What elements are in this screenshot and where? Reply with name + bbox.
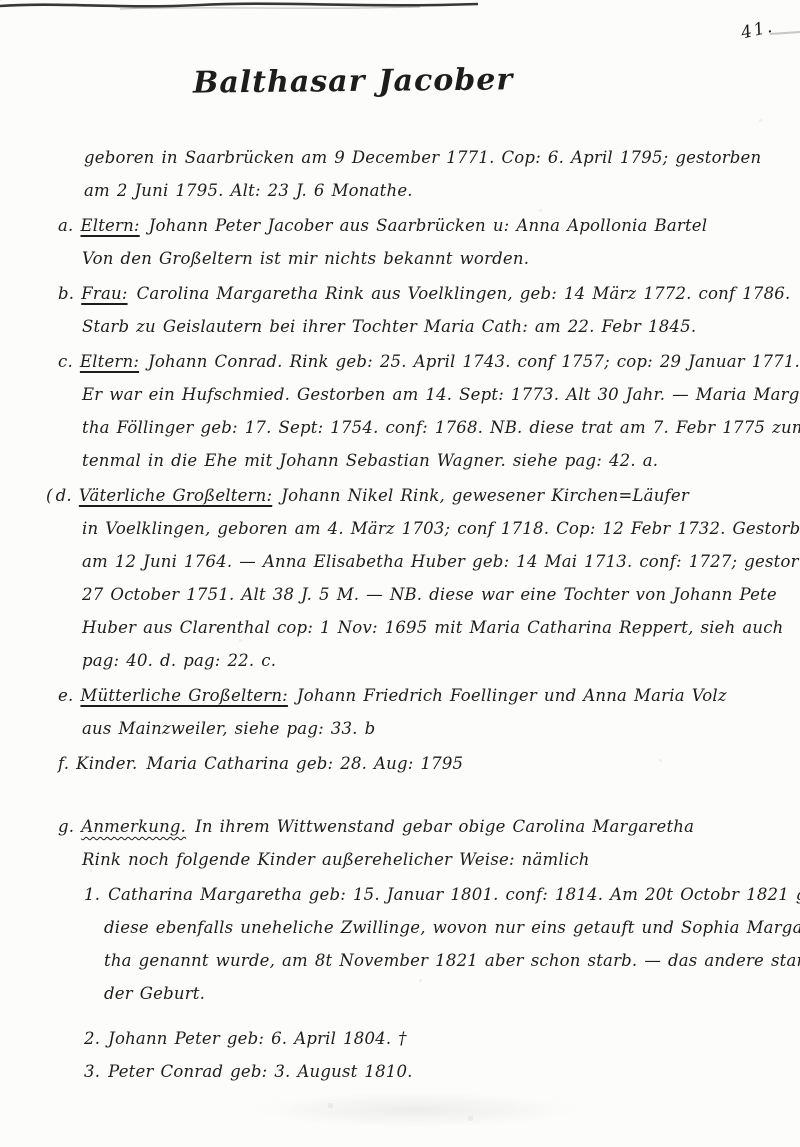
section-text: Maria Catharina geb: 28. Aug: 1795 xyxy=(146,754,463,773)
section-key: a. xyxy=(58,216,73,235)
section-label: Frau: xyxy=(81,284,127,303)
section-g-anmerkung: g.Anmerkung.In ihrem Wittwenstand gebar … xyxy=(58,810,800,876)
text-line: diese ebenfalls uneheliche Zwillinge, wo… xyxy=(104,911,800,944)
text-line: pag: 40. d. pag: 22. c. xyxy=(82,644,800,677)
text-line: Er war ein Hufschmied. Gestorben am 14. … xyxy=(82,378,800,411)
list-item: 3.Peter Conrad geb: 3. August 1810. xyxy=(84,1055,800,1088)
page-title: Balthasar Jacober xyxy=(193,62,514,100)
text-line: geboren in Saarbrücken am 9 December 177… xyxy=(84,141,800,174)
scan-smudge xyxy=(250,1092,580,1128)
stray-pen-mark: ( xyxy=(46,486,53,505)
text-line: a.Eltern:Johann Peter Jacober aus Saarbr… xyxy=(58,209,800,242)
section-key: g. xyxy=(58,817,74,836)
text-line: 3.Peter Conrad geb: 3. August 1810. xyxy=(84,1055,800,1088)
section-c-eltern-der-frau: c.Eltern:Johann Conrad. Rink geb: 25. Ap… xyxy=(58,345,800,477)
text-line: am 12 Juni 1764. — Anna Elisabetha Huber… xyxy=(82,545,800,578)
section-e-muetterliche-grosseltern: e.Mütterliche Großeltern:Johann Friedric… xyxy=(58,679,800,745)
section-label: Kinder. xyxy=(76,754,137,773)
text-line: 27 October 1751. Alt 38 J. 5 M. — NB. di… xyxy=(82,578,800,611)
section-key: f. xyxy=(58,754,69,773)
section-d-vaeterliche-grosseltern: (d.Väterliche Großeltern:Johann Nikel Ri… xyxy=(58,479,800,677)
section-key: d. xyxy=(56,486,72,505)
text-line: Von den Großeltern ist mir nichts bekann… xyxy=(82,242,800,275)
text-line: g.Anmerkung.In ihrem Wittwenstand gebar … xyxy=(58,810,800,843)
section-label: Väterliche Großeltern: xyxy=(79,486,272,505)
text-line: tha Föllinger geb: 17. Sept: 1754. conf:… xyxy=(82,411,800,444)
section-key: e. xyxy=(58,686,73,705)
item-text: Catharina Margaretha geb: 15. Januar 180… xyxy=(108,885,800,904)
item-text: Peter Conrad geb: 3. August 1810. xyxy=(108,1062,412,1081)
item-number: 2. xyxy=(84,1029,100,1048)
intro-paragraph: geboren in Saarbrücken am 9 December 177… xyxy=(84,141,800,207)
text-line: in Voelklingen, geboren am 4. März 1703;… xyxy=(82,512,800,545)
section-label: Eltern: xyxy=(80,352,139,371)
text-line: e.Mütterliche Großeltern:Johann Friedric… xyxy=(58,679,800,712)
text-line: tha genannt wurde, am 8t November 1821 a… xyxy=(104,944,800,977)
page-number: 41. xyxy=(739,17,776,44)
item-number: 1. xyxy=(84,885,100,904)
section-key: b. xyxy=(58,284,74,303)
list-item: 2.Johann Peter geb: 6. April 1804. † xyxy=(84,1022,800,1055)
text-line: tenmal in die Ehe mit Johann Sebastian W… xyxy=(82,444,800,477)
section-label: Anmerkung. xyxy=(81,817,186,836)
text-line: Rink noch folgende Kinder außerehelicher… xyxy=(82,843,800,876)
section-b-frau: b.Frau:Carolina Margaretha Rink aus Voel… xyxy=(58,277,800,343)
text-line: c.Eltern:Johann Conrad. Rink geb: 25. Ap… xyxy=(58,345,800,378)
text-line: der Geburt. xyxy=(104,977,800,1010)
list-item: 1.Catharina Margaretha geb: 15. Januar 1… xyxy=(84,878,800,1010)
illegitimate-children-list: 1.Catharina Margaretha geb: 15. Januar 1… xyxy=(84,878,800,1088)
section-a-eltern: a.Eltern:Johann Peter Jacober aus Saarbr… xyxy=(58,209,800,275)
text-line: f.Kinder.Maria Catharina geb: 28. Aug: 1… xyxy=(58,747,800,780)
text-line: 2.Johann Peter geb: 6. April 1804. † xyxy=(84,1022,800,1055)
section-text: Johann Nikel Rink, gewesener Kirchen=Läu… xyxy=(281,486,689,505)
text-line: Starb zu Geislautern bei ihrer Tochter M… xyxy=(82,310,800,343)
text-line: Huber aus Clarenthal cop: 1 Nov: 1695 mi… xyxy=(82,611,800,644)
text-line: 1.Catharina Margaretha geb: 15. Januar 1… xyxy=(84,878,800,911)
text-line: (d.Väterliche Großeltern:Johann Nikel Ri… xyxy=(58,479,800,512)
section-text: Johann Friedrich Foellinger und Anna Mar… xyxy=(297,686,727,705)
section-label: Eltern: xyxy=(80,216,139,235)
section-key: c. xyxy=(58,352,73,371)
section-text: Carolina Margaretha Rink aus Voelklingen… xyxy=(137,284,791,303)
scan-artifact-top-line xyxy=(0,0,480,14)
text-line: aus Mainzweiler, siehe pag: 33. b xyxy=(82,712,800,745)
section-text: In ihrem Wittwenstand gebar obige Caroli… xyxy=(195,817,694,836)
text-line: am 2 Juni 1795. Alt: 23 J. 6 Monathe. xyxy=(84,174,800,207)
text-line: b.Frau:Carolina Margaretha Rink aus Voel… xyxy=(58,277,800,310)
document-body: geboren in Saarbrücken am 9 December 177… xyxy=(0,141,800,1088)
section-f-kinder: f.Kinder.Maria Catharina geb: 28. Aug: 1… xyxy=(58,747,800,780)
section-text: Johann Conrad. Rink geb: 25. April 1743.… xyxy=(148,352,800,371)
scanned-document-page: 41. Balthasar Jacober geboren in Saarbrü… xyxy=(0,0,800,1147)
section-label: Mütterliche Großeltern: xyxy=(80,686,288,705)
item-number: 3. xyxy=(84,1062,100,1081)
item-text: Johann Peter geb: 6. April 1804. † xyxy=(108,1029,407,1048)
section-text: Johann Peter Jacober aus Saarbrücken u: … xyxy=(149,216,708,235)
